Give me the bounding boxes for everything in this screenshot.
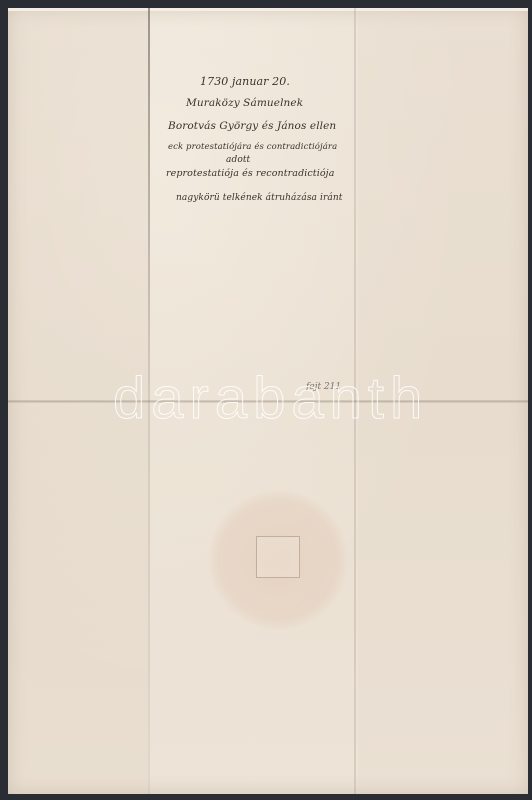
reprotest-line: reprotestatiója és recontradictiója	[166, 169, 335, 179]
given-line: adott	[226, 156, 250, 165]
date-line: 1730 januar 20.	[200, 76, 290, 87]
paper-top-edge	[8, 8, 528, 11]
watermark-text: darabanth	[113, 370, 428, 428]
subject-line: Borotvás György és János ellen	[168, 121, 336, 132]
recipient-line: Muraközy Sámuelnek	[186, 98, 303, 109]
property-line: nagykörü telkének átruházása iránt	[176, 194, 342, 203]
manuscript-paper: 1730 januar 20. Muraközy Sámuelnek Borot…	[8, 8, 528, 794]
seal-square-mark	[256, 536, 300, 578]
protest-line: eck protestatiójára és contradictiójára	[168, 143, 337, 152]
